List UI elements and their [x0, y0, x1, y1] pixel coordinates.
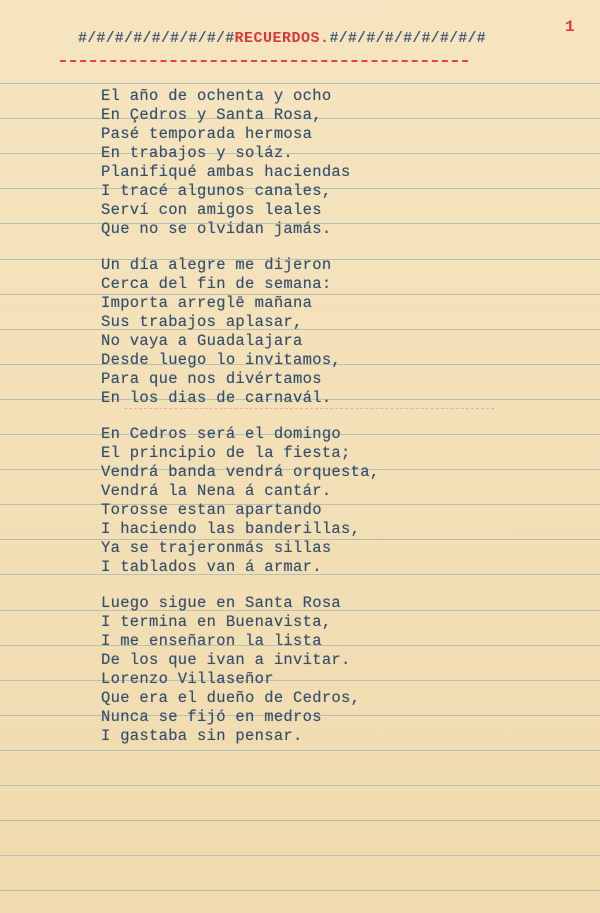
- verse-line: Cerca del fin de semana:: [101, 275, 341, 294]
- title-underline: [60, 60, 468, 62]
- verse-line: En Çedros y Santa Rosa,: [101, 106, 351, 125]
- verse-line: Vendrá banda vendrá orquesta,: [101, 463, 379, 482]
- faint-red-dash-line: [124, 408, 494, 409]
- page-header: #/#/#/#/#/#/#/#/#RECUERDOS.#/#/#/#/#/#/#…: [78, 30, 486, 47]
- verse-line: Luego sigue en Santa Rosa: [101, 594, 360, 613]
- stanza-3: En Cedros será el domingo El principio d…: [101, 425, 379, 577]
- verse-line: Que era el dueño de Cedros,: [101, 689, 360, 708]
- verse-line: I tablados van á armar.: [101, 558, 379, 577]
- verse-line: Lorenzo Villaseñor: [101, 670, 360, 689]
- verse-line: Desde luego lo invitamos,: [101, 351, 341, 370]
- verse-line: Para que nos divértamos: [101, 370, 341, 389]
- rule-line: [0, 890, 600, 891]
- struck-out-text-right: #/#/#/#/#/#/#/#/#: [329, 30, 485, 47]
- page-number: 1: [565, 18, 575, 36]
- verse-line: I me enseñaron la lista: [101, 632, 360, 651]
- rule-line: [0, 750, 600, 751]
- rule-line: [0, 83, 600, 84]
- verse-line: Que no se olvidan jamás.: [101, 220, 351, 239]
- verse-line: I tracé algunos canales,: [101, 182, 351, 201]
- verse-line: Nunca se fijó en medros: [101, 708, 360, 727]
- verse-line: I gastaba sin pensar.: [101, 727, 360, 746]
- verse-line: Pasé temporada hermosa: [101, 125, 351, 144]
- stanza-4: Luego sigue en Santa Rosa I termina en B…: [101, 594, 360, 746]
- stanza-1: El año de ochenta y ocho En Çedros y San…: [101, 87, 351, 239]
- verse-line: Planifiqué ambas haciendas: [101, 163, 351, 182]
- verse-line: Serví con amigos leales: [101, 201, 351, 220]
- verse-line: I termina en Buenavista,: [101, 613, 360, 632]
- stanza-2: Un día alegre me dijeron Cerca del fin d…: [101, 256, 341, 408]
- verse-line: En Cedros será el domingo: [101, 425, 379, 444]
- verse-line: El principio de la fiesta;: [101, 444, 379, 463]
- page-title: RECUERDOS.: [234, 30, 329, 47]
- verse-line: De los que ivan a invitar.: [101, 651, 360, 670]
- verse-line: Sus trabajos aplasar,: [101, 313, 341, 332]
- verse-line: Un día alegre me dijeron: [101, 256, 341, 275]
- struck-out-text-left: #/#/#/#/#/#/#/#/#: [78, 30, 234, 47]
- verse-line: El año de ochenta y ocho: [101, 87, 351, 106]
- verse-line: En los dias de carnavál.: [101, 389, 341, 408]
- verse-line: I haciendo las banderillas,: [101, 520, 379, 539]
- rule-line: [0, 820, 600, 821]
- verse-line: No vaya a Guadalajara: [101, 332, 341, 351]
- typed-page: 1 #/#/#/#/#/#/#/#/#RECUERDOS.#/#/#/#/#/#…: [0, 0, 600, 913]
- verse-line: En trabajos y soláz.: [101, 144, 351, 163]
- rule-line: [0, 785, 600, 786]
- verse-line: Vendrá la Nena á cantár.: [101, 482, 379, 501]
- verse-line: Ya se trajeronmás sillas: [101, 539, 379, 558]
- rule-line: [0, 855, 600, 856]
- verse-line: Torosse estan apartando: [101, 501, 379, 520]
- verse-line: Importa arreglē mañana: [101, 294, 341, 313]
